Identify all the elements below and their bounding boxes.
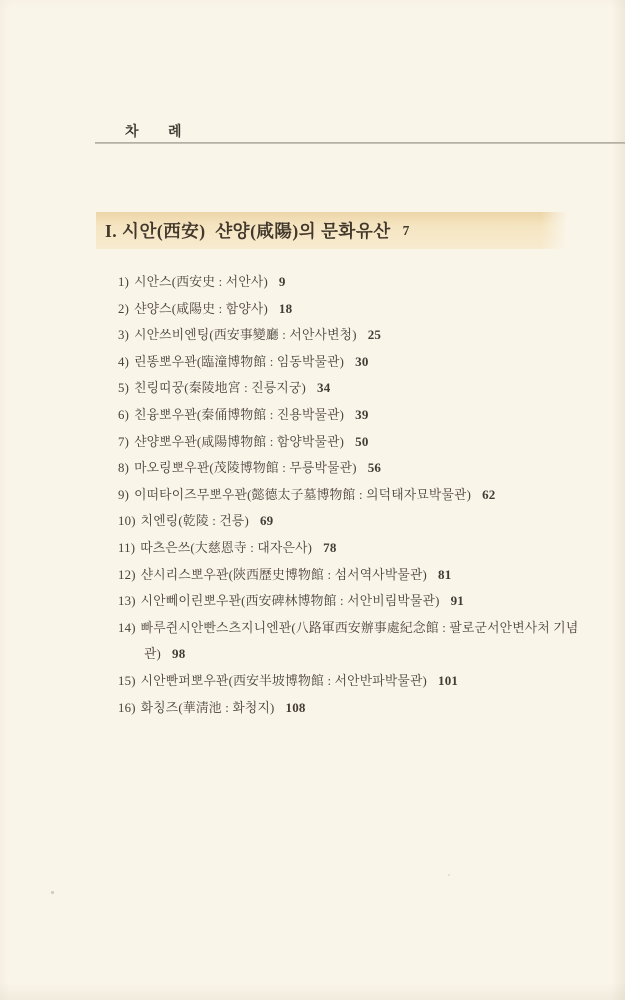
toc-entry-page-number: 56 [368,460,381,475]
toc-entry-page-number: 30 [355,354,368,369]
toc-entry-number: 4) [118,355,129,369]
toc-entry: 4)린똥뽀우꽌(臨潼博物館 : 임동박물관)30 [118,349,592,376]
toc-entry-label: 시안쓰비엔팅(西安事變廳 : 서안사변청) [134,328,357,342]
toc-entry: 11)따츠은쓰(大慈恩寺 : 대자은사)78 [118,535,592,562]
toc-entry-label: 시안스(西安史 : 서안사) [134,275,268,289]
paper-speck [51,891,54,894]
toc-entry-number: 9) [118,488,129,502]
toc-entry-label: 샨양뽀우꽌(咸陽博物館 : 함양박물관) [134,435,344,449]
toc-entry-page-number: 69 [260,513,273,528]
toc-entry: 6)친융뽀우꽌(秦俑博物館 : 진용박물관)39 [118,402,592,429]
toc-entry: 7)샨양뽀우꽌(咸陽博物館 : 함양박물관)50 [118,429,592,456]
toc-entry-label: 치엔링(乾陵 : 건릉) [141,514,249,528]
page-header-title: 차 례 [125,121,195,141]
toc-entry: 3)시안쓰비엔팅(西安事變廳 : 서안사변청)25 [118,322,592,349]
toc-entry: 5)친링띠꿍(秦陵地宮 : 진릉지궁)34 [118,375,592,402]
toc-entry-number: 16) [118,701,136,715]
toc-entry-number: 10) [118,514,136,528]
toc-entry-number: 15) [118,674,136,688]
toc-entry-page-number: 34 [317,380,330,395]
toc-entry-label: 친융뽀우꽌(秦俑博物館 : 진용박물관) [134,408,344,422]
toc-entry-page-number: 39 [355,407,368,422]
toc-entry-label: 시안빤퍼뽀우꽌(西安半坡博物館 : 서안반파박물관) [141,674,427,688]
toc-entry-number: 2) [118,302,129,316]
toc-entry-label: 화칭즈(華淸池 : 화청지) [141,701,275,715]
header-divider-line [95,142,625,144]
toc-entry-label: 마오링뽀우꽌(茂陵博物館 : 무릉박물관) [134,461,357,475]
chapter-title: I. 시안(西安) 샨양(咸陽)의 문화유산 [96,218,391,243]
toc-entry-label: 친링띠꿍(秦陵地宮 : 진릉지궁) [134,381,306,395]
toc-entry-number: 1) [118,275,129,289]
toc-entry-number: 6) [118,408,129,422]
toc-entry-page-number: 25 [368,327,381,342]
toc-entry-number: 7) [118,435,129,449]
toc-entry-page-number: 91 [451,593,464,608]
toc-entry-label: 이떠타이즈무뽀우꽌(懿德太子墓博物館 : 의덕태자묘박물관) [134,488,471,502]
toc-entry: 2)샨양스(咸陽史 : 함양사)18 [118,296,592,323]
toc-entry-page-number: 101 [438,673,458,688]
paper-speck [448,874,450,876]
toc-entry-page-number: 50 [355,434,368,449]
toc-entry-label: 빠루쥔시안빤스츠지니엔꽌(八路軍西安辦事處紀念館 : 팔로군서안변사처 기념관) [141,621,579,662]
toc-entry: 16)화칭즈(華淸池 : 화청지)108 [118,695,592,722]
toc-entry-label: 샨양스(咸陽史 : 함양사) [134,302,268,316]
toc-entry: 10)치엔링(乾陵 : 건릉)69 [118,508,592,535]
chapter-page-number: 7 [403,223,410,239]
toc-entry-page-number: 9 [279,274,286,289]
toc-entry-number: 12) [118,568,136,582]
toc-entry: 1)시안스(西安史 : 서안사)9 [118,269,592,296]
toc-entry: 12)샨시리스뽀우꽌(陝西歷史博物館 : 섬서역사박물관)81 [118,562,592,589]
toc-entry-number: 13) [118,594,136,608]
toc-entry-page-number: 78 [323,540,336,555]
toc-entry: 8)마오링뽀우꽌(茂陵博物館 : 무릉박물관)56 [118,455,592,482]
toc-entry-label: 린똥뽀우꽌(臨潼博物館 : 임동박물관) [134,355,344,369]
toc-entry: 9)이떠타이즈무뽀우꽌(懿德太子墓博物館 : 의덕태자묘박물관)62 [118,482,592,509]
table-of-contents-list: 1)시안스(西安史 : 서안사)9 2)샨양스(咸陽史 : 함양사)18 3)시… [118,269,592,721]
toc-entry-page-number: 81 [438,567,451,582]
toc-entry-page-number: 108 [286,700,306,715]
toc-entry-number: 3) [118,328,129,342]
toc-entry-page-number: 62 [482,487,495,502]
toc-entry-label: 시안뻬이린뽀우꽌(西安碑林博物館 : 서안비림박물관) [141,594,440,608]
toc-entry-label: 따츠은쓰(大慈恩寺 : 대자은사) [140,541,312,555]
chapter-title-highlight-bar: I. 시안(西安) 샨양(咸陽)의 문화유산 7 [96,212,567,249]
toc-entry-page-number: 98 [172,646,185,661]
highlight-fade [541,212,567,249]
toc-entry-number: 5) [118,381,129,395]
toc-entry: 14)빠루쥔시안빤스츠지니엔꽌(八路軍西安辦事處紀念館 : 팔로군서안변사처 기… [118,615,592,668]
toc-entry: 13)시안뻬이린뽀우꽌(西安碑林博物館 : 서안비림박물관)91 [118,588,592,615]
toc-entry-label: 샨시리스뽀우꽌(陝西歷史博物館 : 섬서역사박물관) [141,568,427,582]
toc-entry-number: 11) [118,541,135,555]
toc-entry: 15)시안빤퍼뽀우꽌(西安半坡博物館 : 서안반파박물관)101 [118,668,592,695]
toc-entry-page-number: 18 [279,301,292,316]
toc-entry-number: 14) [118,621,136,635]
scanned-book-page: 차 례 I. 시안(西安) 샨양(咸陽)의 문화유산 7 1)시안스(西安史 :… [0,0,625,1000]
toc-entry-number: 8) [118,461,129,475]
